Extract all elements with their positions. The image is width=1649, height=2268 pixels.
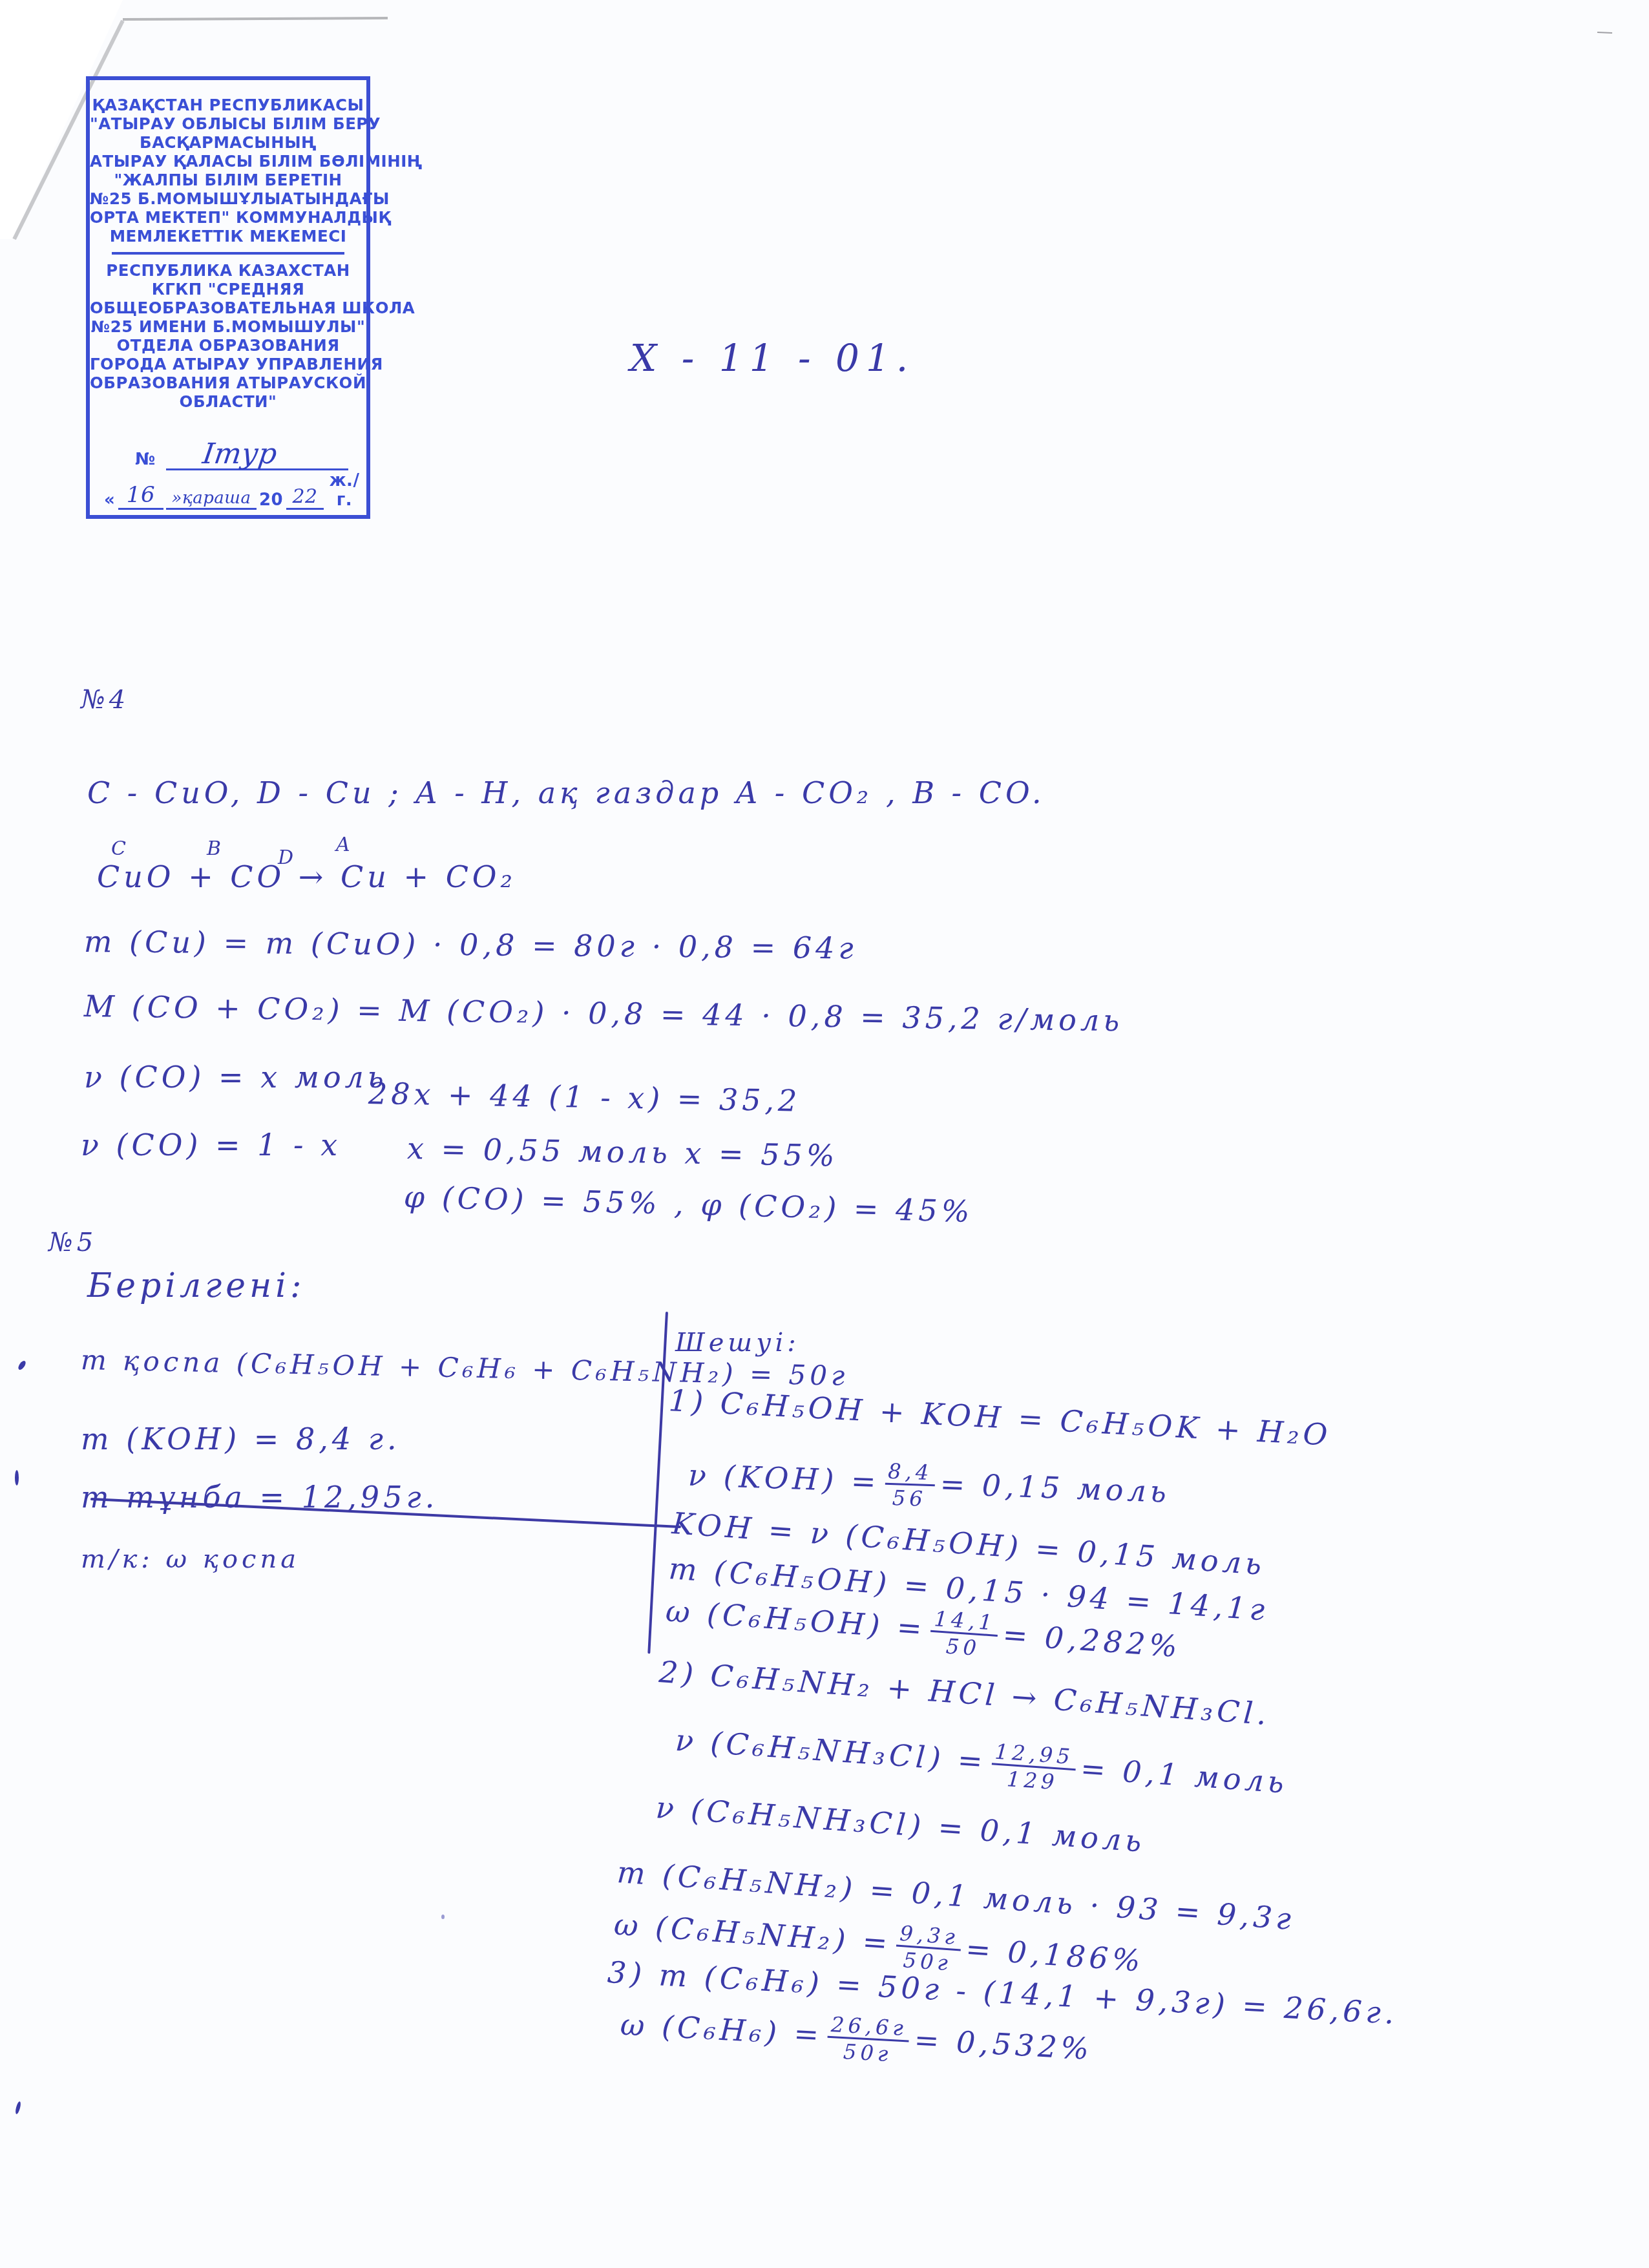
stamp-number-value: Iтур <box>200 437 279 470</box>
stamp-kz-line: ОРТА МЕКТЕП" КОММУНАЛДЫҚ <box>90 208 366 227</box>
step-text: ω (C₆H₅OH) = <box>664 1593 927 1646</box>
stamp-kz-line: №25 Б.МОМЫШҰЛЫАТЫНДАҒЫ <box>90 189 366 208</box>
problem4-line: 28x + 44 (1 - x) = 35,2 <box>368 1076 801 1118</box>
fraction: 26,6г50г <box>826 2014 910 2066</box>
problem4-label: №4 <box>81 685 129 715</box>
stamp-ru-line: ОТДЕЛА ОБРАЗОВАНИЯ <box>90 336 366 355</box>
stamp-ru-line: ОБРАЗОВАНИЯ АТЫРАУСКОЙ <box>90 373 366 392</box>
problem4-line: С - CuO, D - Cu ; A - H, ақ газдар A - C… <box>87 775 1045 810</box>
stamp-divider <box>112 252 344 255</box>
stamp-ru-line: ОБЛАСТИ" <box>90 392 366 411</box>
stamp-ru-line: ГОРОДА АТЫРАУ УПРАВЛЕНИЯ <box>90 355 366 373</box>
problem4-line: ν (CO) = x моль <box>84 1060 388 1095</box>
step-text: = 0,282% <box>1002 1617 1182 1664</box>
participant-code: X - 11 - 01. <box>630 336 914 380</box>
find-label: т/к: ω қоспа <box>81 1544 300 1574</box>
fraction: 8,456 <box>884 1461 936 1510</box>
given-item: m тұнба = 12,95г. <box>81 1480 438 1515</box>
solution-step: ω (C₆H₆) =26,6г50г= 0,532% <box>619 2003 1094 2075</box>
problem4-line: x = 0,55 моль x = 55% <box>407 1131 839 1173</box>
stamp-date-quote: « <box>104 490 115 510</box>
stamp-ru-line: ОБЩЕОБРАЗОВАТЕЛЬНАЯ ШКОЛА <box>90 299 366 317</box>
stamp-number-row: № Iтур <box>135 442 348 470</box>
ink-mark <box>441 1915 445 1919</box>
school-stamp: ҚАЗАҚСТАН РЕСПУБЛИКАСЫ "АТЫРАУ ОБЛЫСЫ БІ… <box>86 76 370 519</box>
step-text: ν (C₆H₅NH₃Cl) = <box>674 1723 987 1780</box>
step-text: = 0,1 моль <box>1080 1751 1289 1800</box>
stamp-date-month: »қараша <box>166 488 257 510</box>
step-text: = 0,532% <box>914 2022 1094 2066</box>
stamp-kz-line: БАСҚАРМАСЫНЫҢ <box>90 133 366 152</box>
problem4-line: m (Cu) = m (CuO) · 0,8 = 80г · 0,8 = 64г <box>84 924 857 965</box>
stamp-kz-line: МЕМЛЕКЕТТІК МЕКЕМЕСІ <box>90 227 366 246</box>
solution-step: ν (C₆H₅NH₃Cl) = 0,1 моль <box>655 1790 1146 1859</box>
problem4-line: M (CO + CO₂) = M (CO₂) · 0,8 = 44 · 0,8 … <box>84 989 1124 1038</box>
problem4-line: CuO + CO → Cu + CO₂ <box>97 859 516 894</box>
fraction: 9,3г50г <box>895 1923 962 1975</box>
problem4-line: φ (CO) = 55% , φ (CO₂) = 45% <box>403 1179 974 1229</box>
stamp-date-suffix: ж./г. <box>326 471 362 510</box>
ink-mark <box>17 1360 27 1371</box>
step-text: ω (C₆H₅NH₂) = <box>613 1907 892 1961</box>
solution-step: 1) C₆H₅OH + KOH = C₆H₅OK + H₂O <box>668 1383 1332 1453</box>
stamp-ru-line: РЕСПУБЛИКА КАЗАХСТАН <box>90 261 366 280</box>
stamp-number-label: № <box>135 450 156 469</box>
step-text: ν (KOH) = <box>688 1458 880 1499</box>
step-text: = 0,186% <box>965 1931 1146 1979</box>
stamp-date-year-prefix: 20 <box>259 490 283 510</box>
given-item: m (KOH) = 8,4 г. <box>81 1422 401 1456</box>
stamp-date-row: « 16 »қараша 20 22 ж./г. <box>104 484 362 512</box>
stamp-date-day: 16 <box>118 482 163 510</box>
stamp-ru-line: КГКП "СРЕДНЯЯ <box>90 280 366 299</box>
stamp-ru-line: №25 ИМЕНИ Б.МОМЫШУЛЫ" <box>90 317 366 336</box>
ink-mark <box>15 1470 19 1486</box>
fraction: 12,95129 <box>990 1741 1077 1794</box>
problem5-label: №5 <box>48 1228 97 1257</box>
solution-step: ν (KOH) =8,456= 0,15 моль <box>688 1454 1171 1518</box>
solution-title: Шешуі: <box>675 1328 800 1358</box>
stamp-kz-line: ҚАЗАҚСТАН РЕСПУБЛИКАСЫ <box>90 96 366 114</box>
stamp-kz-line: "АТЫРАУ ОБЛЫСЫ БІЛІМ БЕРУ <box>90 114 366 133</box>
ink-mark <box>15 2101 22 2115</box>
reaction-annotation: A <box>336 834 352 856</box>
problem4-line: ν (CO) = 1 - x <box>81 1128 341 1162</box>
reaction-annotation: B <box>207 837 222 860</box>
solution-step: ν (C₆H₅NH₃Cl) =12,95129= 0,1 моль <box>673 1719 1289 1809</box>
reaction-annotation: C <box>111 837 127 860</box>
stamp-kz-line: "ЖАЛПЫ БІЛІМ БЕРЕТІН <box>90 171 366 189</box>
step-text: ω (C₆H₆) = <box>620 2007 824 2052</box>
given-title: Берілгені: <box>87 1266 305 1305</box>
stamp-date-year-suffix: 22 <box>286 485 324 510</box>
stamp-kz-line: АТЫРАУ ҚАЛАСЫ БІЛІМ БӨЛІМІНІҢ <box>90 152 366 171</box>
fraction: 14,150 <box>929 1608 1000 1660</box>
step-text: = 0,15 моль <box>940 1466 1171 1509</box>
